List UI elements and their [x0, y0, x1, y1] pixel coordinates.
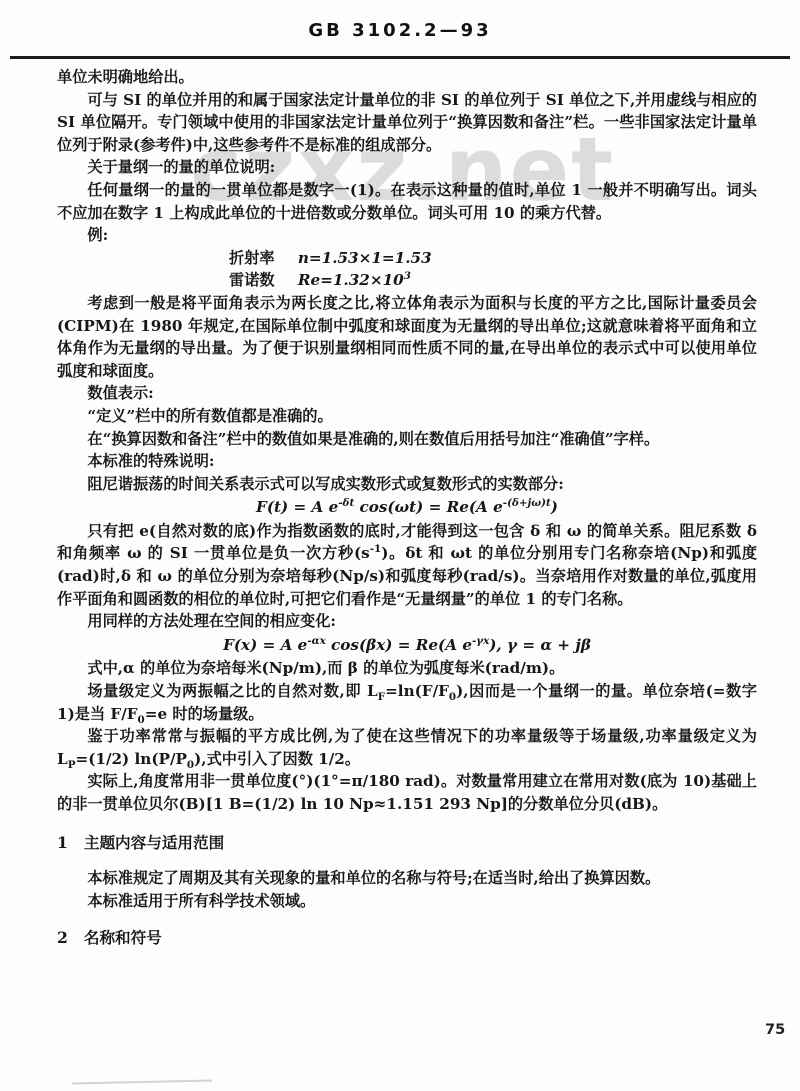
paragraph: 场量级定义为两振幅之比的自然对数,即 LF=ln(F/F0),因而是一个量纲一的… — [57, 680, 757, 725]
example-refraction: 折射率 n=1.53×1=1.53 — [229, 247, 757, 270]
damped-oscillation-formula: F(t) = A e-δt cos(ωt) = Re(A e-(δ+jω)t) — [57, 496, 757, 519]
paragraph: “定义”栏中的所有数值都是准确的。 — [57, 405, 757, 428]
document-page: czxz.net GB 3102.2—93 单位未明确地给出。 可与 SI 的单… — [0, 0, 800, 1091]
paragraph: 关于量纲一的量的单位说明: — [57, 156, 757, 179]
paragraph: 用同样的方法处理在空间的相应变化: — [57, 610, 757, 633]
section-title: 主题内容与适用范围 — [84, 832, 224, 855]
section-number: 1 — [57, 832, 68, 855]
paragraph: 考虑到一般是将平面角表示为两长度之比,将立体角表示为面积与长度的平方之比,国际计… — [57, 292, 757, 382]
paragraph: 式中,α 的单位为奈培每米(Np/m),而 β 的单位为弧度每米(rad/m)。 — [57, 657, 757, 680]
scan-artifact-line — [72, 1080, 212, 1085]
paragraph: 阻尼谐振荡的时间关系表示式可以写成实数形式或复数形式的实数部分: — [57, 473, 757, 496]
paragraph: 任何量纲一的量的一贯单位都是数字一(1)。在表示这种量的值时,单位 1 一般并不… — [57, 179, 757, 224]
paragraph: 可与 SI 的单位并用的和属于国家法定计量单位的非 SI 的单位列于 SI 单位… — [57, 89, 757, 157]
standard-number: GB 3102.2—93 — [0, 20, 800, 41]
paragraph: 数值表示: — [57, 382, 757, 405]
paragraph: 在“换算因数和备注”栏中的数值如果是准确的,则在数值后用括号加注“准确值”字样。 — [57, 428, 757, 451]
paragraph: 例: — [57, 224, 757, 247]
paragraph: 只有把 e(自然对数的底)作为指数函数的底时,才能得到这一包含 δ 和 ω 的简… — [57, 520, 757, 610]
section-heading-names-symbols: 2 名称和符号 — [57, 927, 757, 950]
example-formula: Re=1.32×103 — [298, 271, 411, 289]
example-formula: n=1.53×1=1.53 — [298, 249, 432, 267]
document-body: 单位未明确地给出。 可与 SI 的单位并用的和属于国家法定计量单位的非 SI 的… — [57, 66, 757, 950]
example-reynolds: 雷诺数 Re=1.32×103 — [229, 269, 757, 292]
spatial-variation-formula: F(x) = A e-αx cos(βx) = Re(A e-γx), γ = … — [57, 634, 757, 657]
section-title: 名称和符号 — [84, 927, 162, 950]
example-label: 折射率 — [229, 249, 275, 267]
paragraph: 单位未明确地给出。 — [57, 66, 757, 89]
paragraph: 本标准的特殊说明: — [57, 450, 757, 473]
section-heading-scope: 1 主题内容与适用范围 — [57, 832, 757, 855]
paragraph: 鉴于功率常常与振幅的平方成比例,为了使在这些情况下的功率量级等于场量级,功率量级… — [57, 725, 757, 770]
page-number: 75 — [765, 1022, 785, 1038]
paragraph: 本标准适用于所有科学技术领域。 — [57, 890, 757, 913]
paragraph: 实际上,角度常用非一贯单位度(°)(1°=π/180 rad)。对数量常用建立在… — [57, 770, 757, 815]
section-number: 2 — [57, 927, 68, 950]
example-label: 雷诺数 — [229, 271, 275, 289]
header-rule — [10, 56, 790, 59]
paragraph: 本标准规定了周期及其有关现象的量和单位的名称与符号;在适当时,给出了换算因数。 — [57, 867, 757, 890]
